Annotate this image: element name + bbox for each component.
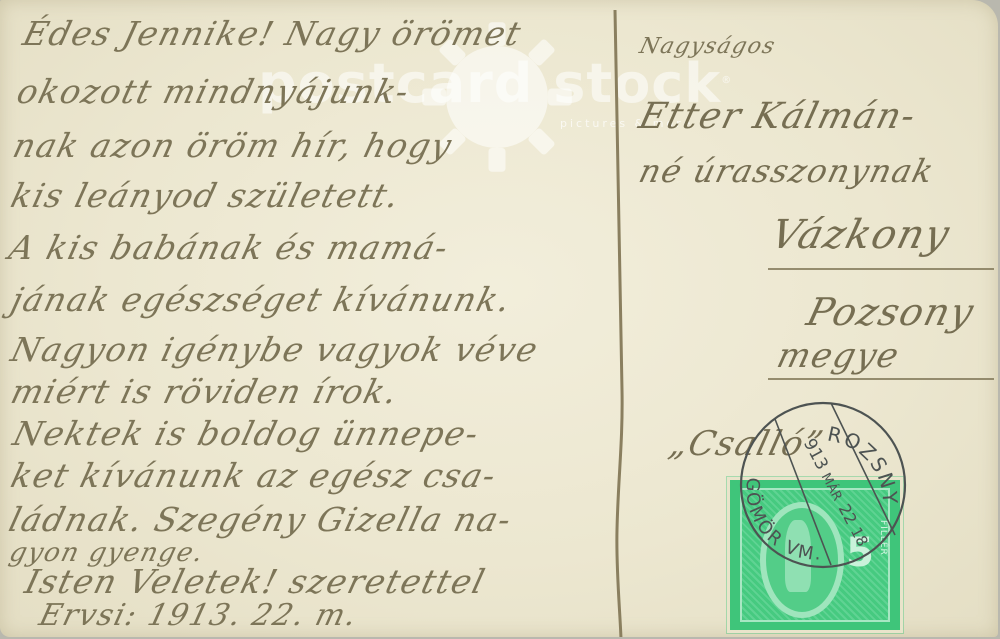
message-line: A kis babának és mamá- xyxy=(5,228,453,267)
address-salutation: Nagyságos xyxy=(637,34,779,59)
message-date: Ervsi: 1913. 22. m. xyxy=(36,598,362,633)
address-region: Pozsony xyxy=(803,290,980,334)
message-line: Nagyon igénybe vagyok véve xyxy=(7,330,543,369)
address-underline-1 xyxy=(768,268,994,270)
message-line: ket kívánunk az egész csa- xyxy=(7,456,501,495)
postmark-county: GÖMÖR VM. xyxy=(741,477,822,565)
message-line: okozott mindnyájunk- xyxy=(13,72,414,111)
postmark-cancel: ROZSNYÓ GÖMÖR VM. 913 MÁR 22 18 xyxy=(733,395,909,571)
message-line: nak azon öröm hír, hogy xyxy=(9,126,456,165)
message-line: miért is röviden írok. xyxy=(7,372,403,411)
address-title: né úrasszonynak xyxy=(635,152,938,190)
message-line: kis leányod született. xyxy=(7,176,404,215)
message-line: jának egészséget kívánunk. xyxy=(7,280,516,319)
address-town: Vázkony xyxy=(766,212,955,258)
postcard-back: postcard stock® pictures & more Édes Jen… xyxy=(0,0,998,637)
address-underline-2 xyxy=(768,378,994,380)
address-name: Etter Kálmán- xyxy=(635,96,921,137)
registered-mark: ® xyxy=(721,75,732,86)
center-divider-line xyxy=(612,10,626,637)
postmark-month: MÁR xyxy=(818,470,846,503)
message-line: ládnak. Szegény Gizella na- xyxy=(5,500,516,539)
message-signoff: Isten Veletek! szeretettel xyxy=(21,562,490,601)
message-line: Édes Jennike! Nagy örömet xyxy=(19,14,526,53)
message-line: Nektek is boldog ünnepe- xyxy=(9,414,484,453)
postmark-hour: 18 xyxy=(847,524,872,549)
postmark-day: 22 xyxy=(835,501,861,528)
address-county: megye xyxy=(773,336,904,376)
